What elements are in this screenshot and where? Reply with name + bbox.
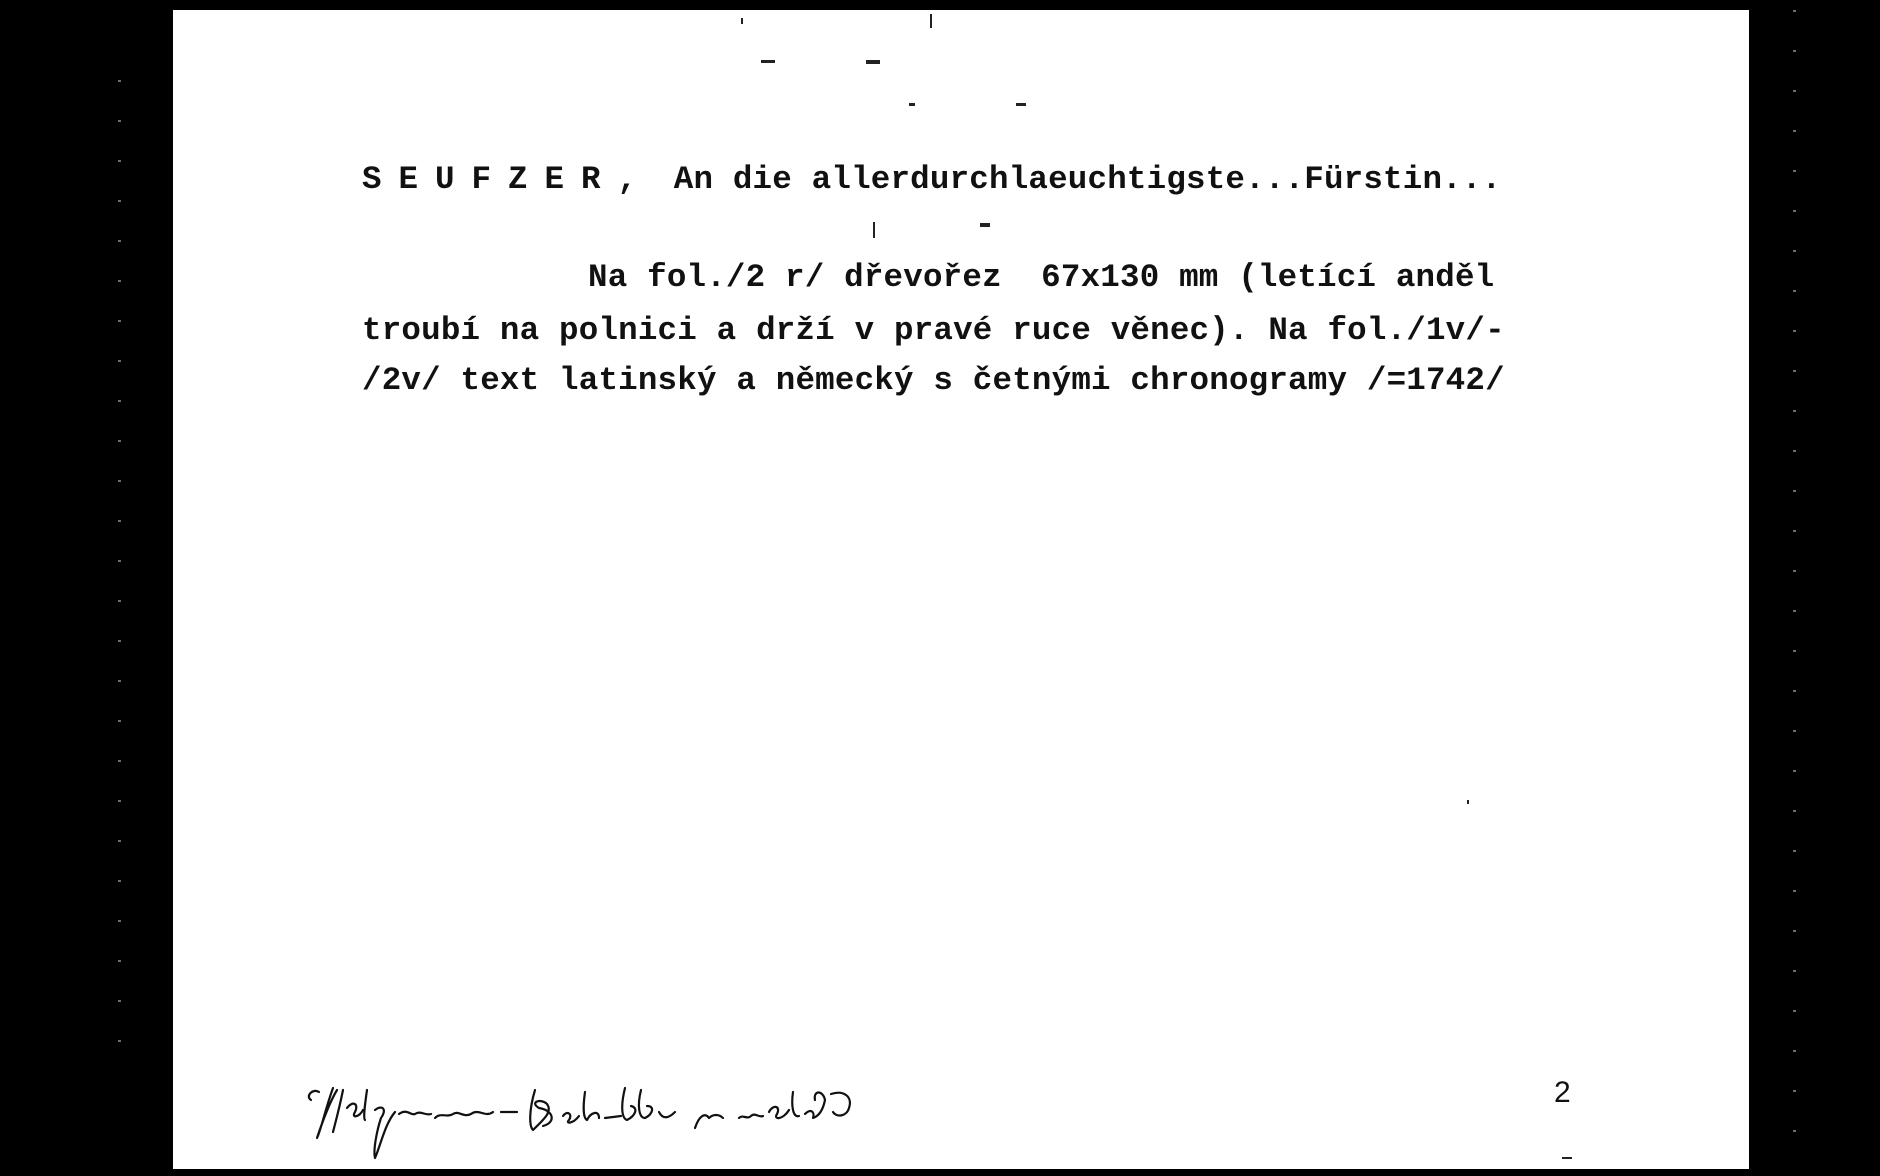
description-line-3: /2v/ text latinský a německý s četnými c…	[362, 365, 1505, 398]
scan-speck	[980, 223, 990, 227]
scan-speck	[930, 14, 932, 28]
scan-speck	[741, 18, 743, 24]
card-title: SEUFZER, An die allerdurchlaeuchtigste..…	[362, 164, 1501, 197]
scan-speck	[909, 103, 915, 106]
description-line-2: troubí na polnici a drží v pravé ruce vě…	[362, 315, 1505, 348]
page-number: 2	[1554, 1076, 1571, 1110]
scan-speck	[1016, 103, 1026, 106]
scan-speck	[1467, 800, 1469, 804]
scan-speck	[1562, 1157, 1572, 1159]
title-rest: An die allerdurchlaeuchtigste...Fürstin.…	[654, 161, 1501, 198]
scan-speck	[873, 222, 875, 238]
scan-speck	[761, 60, 775, 63]
title-keyword: SEUFZER,	[362, 161, 654, 198]
scan-speck	[866, 60, 880, 64]
scan-edge-noise-left	[118, 80, 121, 1080]
handwritten-signature	[303, 1060, 943, 1170]
scanned-catalog-card-view: SEUFZER, An die allerdurchlaeuchtigste..…	[0, 0, 1880, 1176]
catalog-card: SEUFZER, An die allerdurchlaeuchtigste..…	[173, 10, 1749, 1169]
description-line-1: Na fol./2 r/ dřevořez 67x130 mm (letící …	[588, 262, 1494, 295]
scan-edge-noise-right	[1793, 10, 1796, 1160]
